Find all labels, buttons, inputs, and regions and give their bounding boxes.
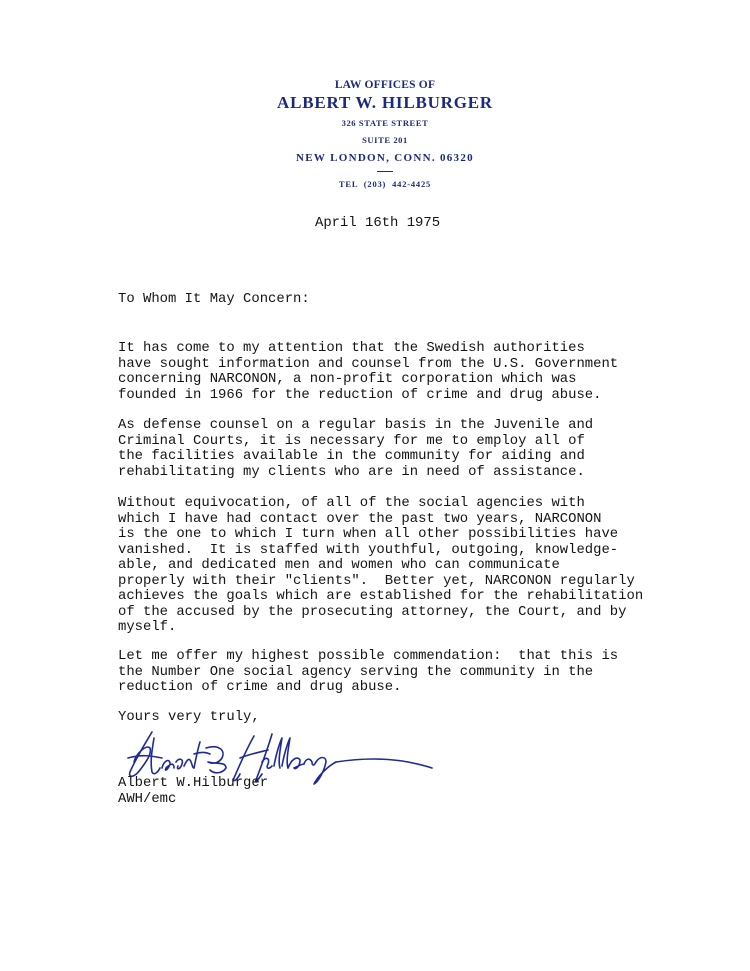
letterhead-phone: TEL (203) 442-4425	[240, 179, 530, 189]
letter-salutation: To Whom It May Concern:	[118, 292, 310, 308]
body-paragraph-2: As defense counsel on a regular basis in…	[118, 418, 593, 480]
letterhead-street: 326 STATE STREET	[240, 118, 530, 129]
letter-page: LAW OFFICES OF ALBERT W. HILBURGER 326 S…	[0, 0, 750, 971]
body-paragraph-1: It has come to my attention that the Swe…	[118, 341, 618, 403]
letterhead-city: NEW LONDON, CONN. 06320	[240, 151, 530, 165]
letterhead-divider	[377, 171, 393, 172]
letterhead-suite: SUITE 201	[240, 135, 530, 146]
signer-name: Albert W.Hilburger	[118, 776, 268, 792]
letterhead-heading: LAW OFFICES OF	[240, 78, 530, 92]
letterhead: LAW OFFICES OF ALBERT W. HILBURGER 326 S…	[240, 78, 530, 189]
body-paragraph-3: Without equivocation, of all of the soci…	[118, 496, 643, 636]
body-paragraph-4: Let me offer my highest possible commend…	[118, 649, 618, 696]
letterhead-firm-name: ALBERT W. HILBURGER	[240, 93, 530, 113]
letter-date: April 16th 1975	[315, 216, 440, 232]
reference-initials: AWH/emc	[118, 792, 176, 808]
letter-closing: Yours very truly,	[118, 710, 260, 726]
